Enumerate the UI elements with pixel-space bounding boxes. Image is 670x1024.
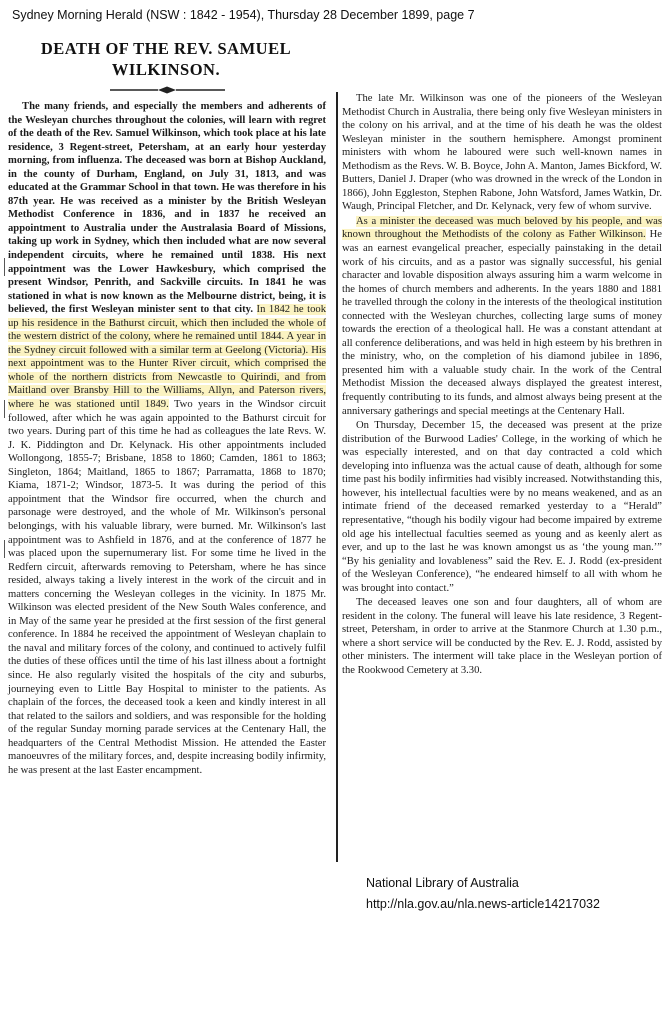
paragraph-1-body: The many friends, and especially the mem… bbox=[8, 101, 326, 315]
highlighted-passage: In 1842 he took up his residence in the … bbox=[8, 304, 326, 410]
article-right-column: The late Mr. Wilkinson was one of the pi… bbox=[342, 92, 662, 862]
column-edge-mark bbox=[4, 258, 5, 276]
column-edge-mark bbox=[4, 400, 5, 418]
highlighted-passage: As a minister the deceased was much belo… bbox=[342, 216, 662, 241]
paragraph-3-continued: He was an earnest evangelical preacher, … bbox=[342, 229, 662, 416]
ornament-rule-icon bbox=[110, 86, 225, 94]
column-divider bbox=[336, 92, 338, 862]
paragraph-5: The deceased leaves one son and four dau… bbox=[342, 596, 662, 677]
paragraph-2: The late Mr. Wilkinson was one of the pi… bbox=[342, 92, 662, 214]
column-edge-mark bbox=[4, 540, 5, 558]
headline-line-1: DEATH OF THE REV. SAMUEL bbox=[6, 38, 326, 59]
source-caption: Sydney Morning Herald (NSW : 1842 - 1954… bbox=[12, 8, 475, 22]
headline-line-2: WILKINSON. bbox=[6, 59, 326, 80]
paragraph-1: The many friends, and especially the mem… bbox=[8, 100, 326, 777]
article-url-link[interactable]: http://nla.gov.au/nla.news-article142170… bbox=[366, 897, 600, 911]
paragraph-1-continued: Two years in the Windsor circuit followe… bbox=[8, 399, 326, 776]
library-credit: National Library of Australia bbox=[366, 876, 519, 890]
article-headline: DEATH OF THE REV. SAMUEL WILKINSON. bbox=[6, 38, 326, 80]
article-left-column: The many friends, and especially the mem… bbox=[8, 100, 326, 778]
paragraph-3: As a minister the deceased was much belo… bbox=[342, 215, 662, 418]
paragraph-4: On Thursday, December 15, the deceased w… bbox=[342, 419, 662, 595]
